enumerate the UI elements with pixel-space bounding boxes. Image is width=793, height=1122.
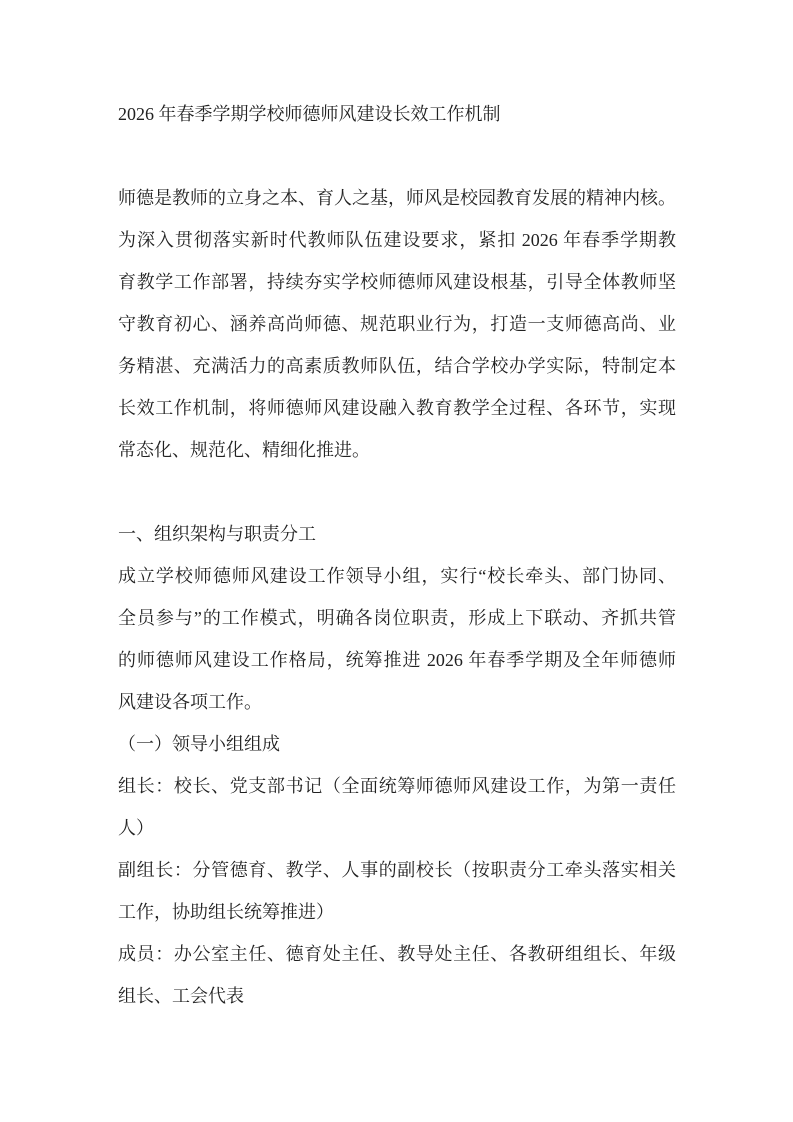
deputy-leader-role-line: 工作，协助组长统筹推进）	[118, 891, 676, 933]
intro-paragraph-line: 为深入贯彻落实新时代教师队伍建设要求，紧扣 2026 年春季学期教	[118, 219, 676, 261]
intro-paragraph-line: 守教育初心、涵养高尚师德、规范职业行为，打造一支师德高尚、业	[118, 303, 676, 345]
intro-paragraph-line: 育教学工作部署，持续夯实学校师德师风建设根基，引导全体教师坚	[118, 261, 676, 303]
section-1-paragraph-line: 的师德师风建设工作格局，统筹推进 2026 年春季学期及全年师德师	[118, 639, 676, 681]
document-page: 2026 年春季学期学校师德师风建设长效工作机制 师德是教师的立身之本、育人之基…	[0, 0, 793, 1122]
leader-role-line: 人）	[118, 807, 676, 849]
intro-paragraph-line: 师德是教师的立身之本、育人之基，师风是校园教育发展的精神内核。	[118, 177, 676, 219]
section-1-paragraph-line: 成立学校师德师风建设工作领导小组，实行“校长牵头、部门协同、	[118, 555, 676, 597]
document-title: 2026 年春季学期学校师德师风建设长效工作机制	[118, 93, 676, 135]
deputy-leader-role-line: 副组长：分管德育、教学、人事的副校长（按职责分工牵头落实相关	[118, 849, 676, 891]
subsection-1-1-heading: （一）领导小组组成	[118, 723, 676, 765]
document-body: 2026 年春季学期学校师德师风建设长效工作机制 师德是教师的立身之本、育人之基…	[118, 93, 676, 1017]
members-role-line: 组长、工会代表	[118, 975, 676, 1017]
members-role-line: 成员：办公室主任、德育处主任、教导处主任、各教研组组长、年级	[118, 933, 676, 975]
blank-line	[118, 471, 676, 513]
section-1-paragraph-line: 风建设各项工作。	[118, 681, 676, 723]
intro-paragraph-line: 务精湛、充满活力的高素质教师队伍，结合学校办学实际，特制定本	[118, 345, 676, 387]
section-1-heading: 一、组织架构与职责分工	[118, 513, 676, 555]
leader-role-line: 组长：校长、党支部书记（全面统筹师德师风建设工作，为第一责任	[118, 765, 676, 807]
intro-paragraph-line: 长效工作机制，将师德师风建设融入教育教学全过程、各环节，实现	[118, 387, 676, 429]
section-1-paragraph-line: 全员参与”的工作模式，明确各岗位职责，形成上下联动、齐抓共管	[118, 597, 676, 639]
blank-line	[118, 135, 676, 177]
intro-paragraph-line: 常态化、规范化、精细化推进。	[118, 429, 676, 471]
